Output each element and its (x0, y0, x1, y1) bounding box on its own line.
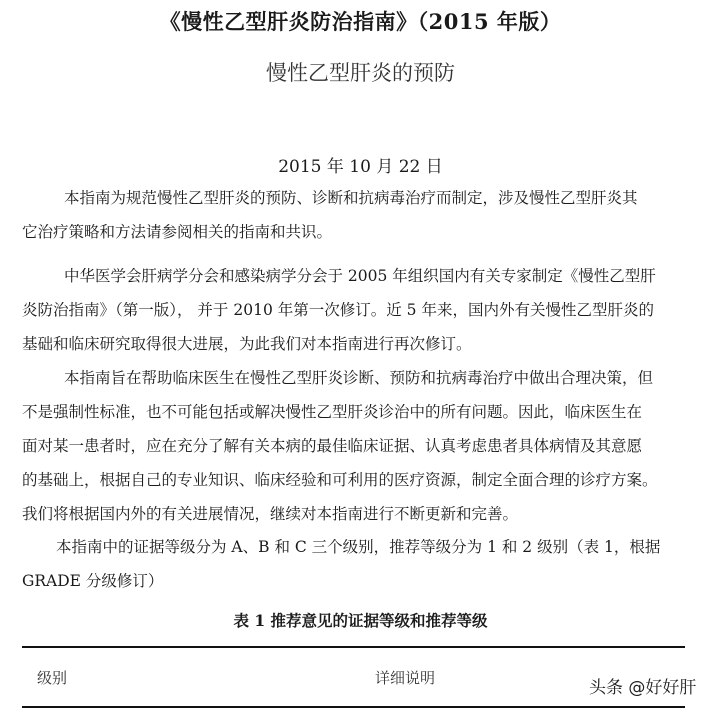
paragraph-line: 中华医学会肝病学分会和感染病学分会于 2005 年组织国内有关专家制定《慢性乙型… (22, 259, 690, 293)
paragraph-line: 本指南中的证据等级分为 A、B 和 C 三个级别，推荐等级分为 1 和 2 级别… (22, 530, 690, 564)
paragraph-line: 本指南为规范慢性乙型肝炎的预防、诊断和抗病毒治疗而制定，涉及慢性乙型肝炎其 (22, 181, 690, 215)
table-caption: 表 1 推荐意见的证据等级和推荐等级 (0, 609, 721, 631)
table-header-detail: 详细说明 (375, 667, 435, 688)
paragraph-line: GRADE 分级修订） (22, 564, 690, 598)
table-header-level: 级别 (37, 667, 67, 688)
document-title: 《慢性乙型肝炎防治指南》（2015 年版） (0, 6, 721, 36)
paragraph-purpose: 本指南旨在帮助临床医生在慢性乙型肝炎诊断、预防和抗病毒治疗中做出合理决策，但 不… (22, 361, 690, 531)
paragraph-line: 面对某一患者时，应在充分了解有关本病的最佳临床证据、认真考虑患者具体病情及其意愿 (22, 429, 690, 463)
publication-date: 2015 年 10 月 22 日 (0, 152, 721, 177)
paragraph-line: 的基础上，根据自己的专业知识、临床经验和可利用的医疗资源，制定全面合理的诊疗方案… (22, 463, 690, 497)
paragraph-line: 基础和临床研究取得很大进展，为此我们对本指南进行再次修订。 (22, 327, 690, 361)
paragraph-history: 中华医学会肝病学分会和感染病学分会于 2005 年组织国内有关专家制定《慢性乙型… (22, 259, 690, 361)
paragraph-scope: 本指南为规范慢性乙型肝炎的预防、诊断和抗病毒治疗而制定，涉及慢性乙型肝炎其 它治… (22, 181, 690, 249)
paragraph-line: 它治疗策略和方法请参阅相关的指南和共识。 (22, 215, 690, 249)
section-title: 慢性乙型肝炎的预防 (0, 57, 721, 87)
paragraph-evidence-levels: 本指南中的证据等级分为 A、B 和 C 三个级别，推荐等级分为 1 和 2 级别… (22, 530, 690, 598)
table-header-rule (22, 706, 685, 708)
paragraph-line: 炎防治指南》（第一版）， 并于 2010 年第一次修订。近 5 年来，国内外有关… (22, 293, 690, 327)
watermark: 头条 @好好肝 (589, 673, 696, 698)
paragraph-line: 本指南旨在帮助临床医生在慢性乙型肝炎诊断、预防和抗病毒治疗中做出合理决策，但 (22, 361, 690, 395)
paragraph-line: 不是强制性标准，也不可能包括或解决慢性乙型肝炎诊治中的所有问题。因此，临床医生在 (22, 395, 690, 429)
paragraph-line: 我们将根据国内外的有关进展情况，继续对本指南进行不断更新和完善。 (22, 497, 690, 531)
table-top-rule (22, 646, 685, 648)
